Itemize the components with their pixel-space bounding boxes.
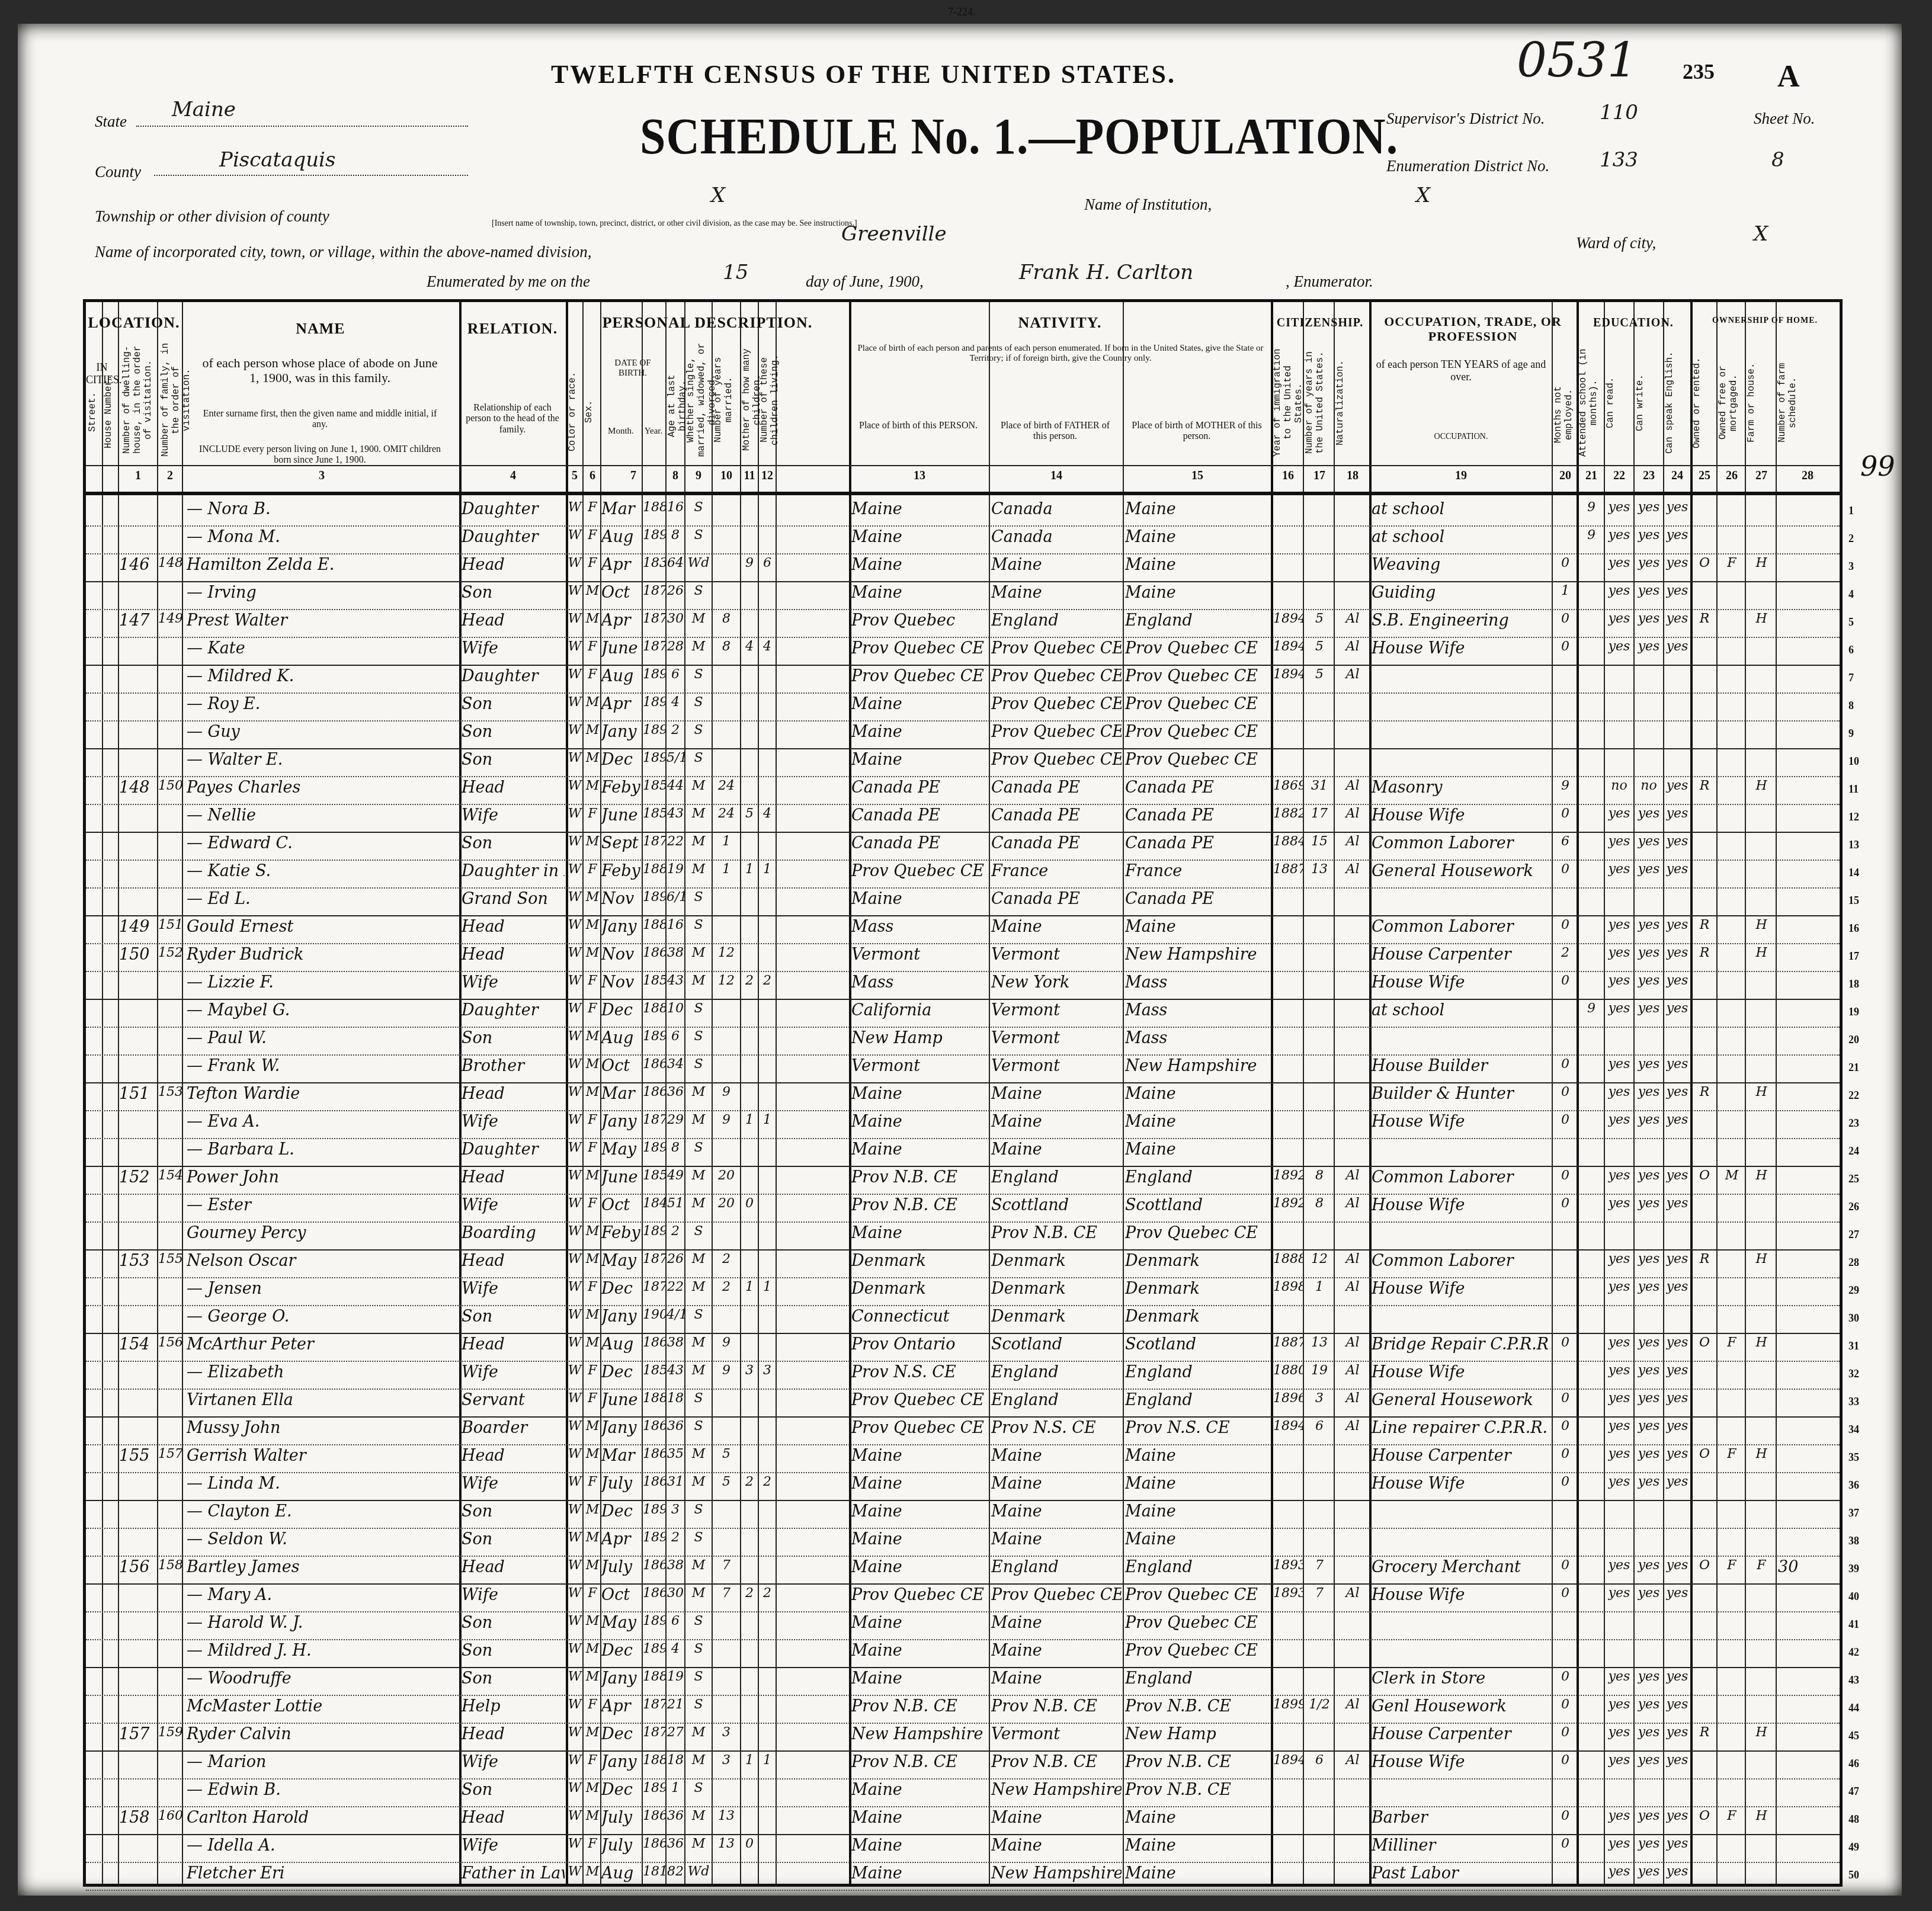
cell-color: W: [567, 1669, 582, 1684]
cell-name: Virtanen Ella: [187, 1391, 457, 1409]
cell-bm: Denmark: [1125, 1280, 1270, 1298]
cell-fm: F: [1719, 1447, 1745, 1461]
cell-name: — Kate: [187, 639, 457, 658]
cell-rd: yes: [1605, 583, 1633, 598]
header-month: Month.: [600, 427, 642, 437]
cell-year: 1865: [643, 1447, 665, 1461]
cell-wr: yes: [1635, 1085, 1663, 1099]
cell-sp: yes: [1664, 806, 1690, 821]
cell-bp: Prov Ontario: [851, 1335, 988, 1354]
cell-bf: Maine: [991, 1140, 1122, 1159]
cell-bf: Maine: [991, 556, 1122, 574]
cell-sp: yes: [1664, 945, 1690, 960]
cell-unemp: 0: [1554, 1057, 1577, 1072]
cell-rel: Head: [462, 778, 565, 797]
cell-year: 1881: [643, 1669, 665, 1684]
cell-bm: Mass: [1125, 973, 1270, 992]
cell-wr: yes: [1635, 583, 1663, 598]
cell-year: 1863: [643, 1809, 665, 1823]
cell-year: 1884: [643, 918, 665, 932]
table-row: — Linda M.WifeWFJuly186831M522MaineMaine…: [86, 1472, 1840, 1500]
cell-sex: F: [585, 639, 600, 654]
cell-color: W: [567, 1586, 582, 1601]
cell-ms: M: [685, 1168, 712, 1183]
header-relation-desc: Relationship of each person to the head …: [465, 403, 560, 435]
cell-bm: Mass: [1125, 1001, 1270, 1019]
cell-sp: yes: [1664, 1001, 1690, 1016]
cell-nat: Al: [1336, 1363, 1369, 1378]
cell-sex: F: [585, 1697, 600, 1712]
cell-color: W: [567, 1753, 582, 1768]
table-row: 147149Prest WalterHeadWMApr187030M8Prov …: [86, 609, 1840, 637]
cell-year: 1848: [643, 1196, 665, 1211]
cell-color: W: [567, 1363, 582, 1378]
cell-nat: Al: [1336, 1586, 1369, 1601]
cell-month: July: [601, 1474, 642, 1493]
cell-color: W: [567, 1307, 582, 1322]
cell-bp: Prov Quebec CE: [851, 862, 988, 880]
cell-age: 10: [667, 1001, 684, 1016]
cell-bp: Maine: [851, 1085, 988, 1103]
cell-color: W: [567, 862, 582, 877]
cell-name: — Barbara L.: [187, 1140, 457, 1159]
cell-unemp: 0: [1554, 918, 1577, 932]
cell-month: Mar: [601, 500, 642, 518]
column-number: 4: [462, 469, 565, 483]
cell-age: 2: [667, 1224, 684, 1239]
cell-imm: 1880: [1273, 1363, 1303, 1378]
cell-sp: yes: [1664, 1085, 1690, 1099]
cell-bf: Prov Quebec CE: [991, 695, 1122, 713]
cell-rel: Son: [462, 1502, 565, 1521]
vheader-color: Color or race.: [567, 361, 581, 462]
cell-age: 38: [667, 1558, 684, 1573]
cell-bm: Maine: [1125, 1864, 1270, 1883]
cell-wr: yes: [1635, 1057, 1663, 1072]
cell-wr: no: [1635, 778, 1663, 793]
cell-rel: Head: [462, 556, 565, 574]
cell-sch: 9: [1579, 500, 1604, 515]
cell-bp: Maine: [851, 1140, 988, 1159]
cell-rel: Son: [462, 1307, 565, 1326]
cell-liv: 1: [759, 1280, 776, 1294]
cell-own: R: [1693, 918, 1716, 932]
cell-unemp: 1: [1554, 583, 1577, 598]
cell-name: — Frank W.: [187, 1057, 457, 1075]
cell-wr: yes: [1635, 1809, 1663, 1823]
cell-ym: 3: [713, 1753, 740, 1768]
cell-dw: 154: [119, 1335, 157, 1354]
cell-bp: Maine: [851, 1641, 988, 1660]
cell-bf: Denmark: [991, 1252, 1122, 1270]
cell-sex: M: [585, 1558, 600, 1573]
cell-color: W: [567, 1809, 582, 1823]
cell-age: 82: [667, 1864, 684, 1879]
line-number: 37: [1848, 1507, 1859, 1519]
cell-month: Dec: [601, 1001, 642, 1019]
cell-rel: Boarding: [462, 1224, 565, 1242]
cell-rel: Head: [462, 611, 565, 630]
cell-color: W: [567, 1335, 582, 1350]
cell-sp: yes: [1664, 500, 1690, 515]
column-number: 22: [1605, 469, 1633, 483]
column-number: 10: [713, 469, 740, 483]
table-row: — Mildred J. H.SonWMDec18954SMaineMaineP…: [86, 1639, 1840, 1667]
vheader-owned: Owned or rented.: [1691, 344, 1715, 462]
cell-name: — Mona M.: [187, 528, 457, 546]
cell-color: W: [567, 1781, 582, 1795]
cell-fam: 156: [158, 1335, 182, 1350]
cell-sp: yes: [1664, 1725, 1690, 1740]
cell-bm: Canada PE: [1125, 890, 1270, 908]
cell-bm: Maine: [1125, 1809, 1270, 1827]
cell-bm: Canada PE: [1125, 834, 1270, 852]
vheader-sex: Sex.: [584, 361, 598, 462]
cell-year: 1863: [643, 1836, 665, 1851]
cell-bp: New Hamp: [851, 1029, 988, 1047]
cell-fh: H: [1747, 556, 1776, 570]
cell-name: Nelson Oscar: [187, 1252, 457, 1270]
cell-sex: M: [585, 751, 600, 765]
header-education: EDUCATION.: [1577, 316, 1690, 330]
cell-month: Jany: [601, 1669, 642, 1688]
cell-sp: yes: [1664, 1168, 1690, 1183]
cell-unemp: 0: [1554, 556, 1577, 570]
cell-color: W: [567, 778, 582, 793]
cell-rd: yes: [1605, 1836, 1633, 1851]
cell-bf: Maine: [991, 1641, 1122, 1660]
cell-age: 6: [667, 1029, 684, 1044]
cell-ms: S: [685, 1614, 712, 1628]
cell-fh: H: [1747, 1725, 1776, 1740]
cell-age: 44: [667, 778, 684, 793]
cell-rel: Head: [462, 1725, 565, 1743]
cell-ym: 7: [713, 1586, 740, 1601]
township-label: Township or other division of county: [95, 207, 329, 226]
cell-rel: Son: [462, 1781, 565, 1799]
vheader-dwelling: Number of dwelling-house, in the order o…: [121, 338, 155, 462]
cell-age: 43: [667, 806, 684, 821]
cell-ms: S: [685, 1781, 712, 1795]
cell-nat: Al: [1336, 1280, 1369, 1294]
cell-bf: Maine: [991, 1112, 1122, 1131]
table-row: — NellieWifeWFJune185643M2454Canada PECa…: [86, 804, 1840, 832]
cell-imm: 1869: [1273, 778, 1303, 793]
cell-bf: Prov N.S. CE: [991, 1419, 1122, 1437]
cell-bp: California: [851, 1001, 988, 1019]
cell-ms: S: [685, 1669, 712, 1684]
cell-bp: Canada PE: [851, 778, 988, 797]
cell-color: W: [567, 1280, 582, 1294]
line-number: 17: [1848, 950, 1859, 963]
cell-year: 1861: [643, 1558, 665, 1573]
cell-sex: F: [585, 1280, 600, 1294]
cell-color: W: [567, 1725, 582, 1740]
cell-fam: 158: [158, 1558, 182, 1573]
cell-liv: 2: [759, 1474, 776, 1489]
cell-rd: yes: [1605, 1001, 1633, 1016]
cell-ms: S: [685, 1419, 712, 1434]
cell-fam: 151: [158, 918, 182, 932]
cell-month: Nov: [601, 890, 642, 908]
cell-rd: yes: [1605, 1753, 1633, 1768]
cell-color: W: [567, 1252, 582, 1266]
cell-occ: Common Laborer: [1372, 1252, 1550, 1270]
cell-yus: 13: [1305, 862, 1334, 877]
cell-sex: M: [585, 1669, 600, 1684]
table-row: — Edward C.SonWMSept187722M1Canada PECan…: [86, 832, 1840, 860]
cell-bm: Maine: [1125, 583, 1270, 602]
table-row: — George O.SonWMJany19004/12SConnecticut…: [86, 1305, 1840, 1333]
cell-bm: Canada PE: [1125, 806, 1270, 825]
cell-sex: M: [585, 1307, 600, 1322]
cell-sex: M: [585, 1447, 600, 1461]
cell-own: O: [1693, 1447, 1716, 1461]
cell-bf: France: [991, 862, 1122, 880]
line-number: 36: [1848, 1479, 1859, 1492]
cell-liv: 1: [759, 862, 776, 877]
line-number: 1: [1848, 505, 1854, 517]
cell-age: 27: [667, 1725, 684, 1740]
table-row: 154156McArthur PeterHeadWMAug186138M9Pro…: [86, 1333, 1840, 1361]
cell-occ: at school: [1372, 500, 1550, 518]
cell-bm: Prov N.B. CE: [1125, 1781, 1270, 1799]
cell-color: W: [567, 973, 582, 988]
cell-bp: Maine: [851, 751, 988, 769]
cell-mo: 9: [741, 556, 758, 570]
cell-bm: Prov Quebec CE: [1125, 695, 1270, 713]
cell-bf: Maine: [991, 1502, 1122, 1521]
cell-age: 36: [667, 1836, 684, 1851]
cell-rel: Son: [462, 1530, 565, 1548]
enumeration-value: 133: [1600, 148, 1638, 172]
cell-ym: 2: [713, 1280, 740, 1294]
cell-occ: Common Laborer: [1372, 834, 1550, 852]
cell-bf: England: [991, 1168, 1122, 1187]
cell-age: 16: [667, 918, 684, 932]
cell-sex: F: [585, 1112, 600, 1127]
cell-color: W: [567, 1168, 582, 1183]
cell-age: 22: [667, 1280, 684, 1294]
cell-sex: M: [585, 834, 600, 849]
cell-nat: Al: [1336, 1419, 1369, 1434]
cell-sp: yes: [1664, 1391, 1690, 1406]
cell-occ: Common Laborer: [1372, 918, 1550, 936]
table-row: 158160Carlton HaroldHeadWMJuly186336M13M…: [86, 1806, 1840, 1834]
cell-color: W: [567, 1474, 582, 1489]
line-number: 18: [1848, 978, 1859, 990]
cell-rel: Head: [462, 918, 565, 936]
cell-fam: 149: [158, 611, 182, 626]
cell-rd: yes: [1605, 834, 1633, 849]
cell-rel: Son: [462, 834, 565, 852]
cell-nat: Al: [1336, 834, 1369, 849]
cell-year: 1881: [643, 1391, 665, 1406]
cell-occ: Masonry: [1372, 778, 1550, 797]
cell-month: Dec: [601, 1280, 642, 1298]
cell-ms: S: [685, 918, 712, 932]
cell-yus: 5: [1305, 639, 1334, 654]
cell-sp: yes: [1664, 1419, 1690, 1434]
cell-month: Oct: [601, 583, 642, 602]
cell-bf: England: [991, 1391, 1122, 1409]
cell-sp: yes: [1664, 1280, 1690, 1294]
cell-rd: yes: [1605, 1391, 1633, 1406]
cell-wr: yes: [1635, 1447, 1663, 1461]
cell-bf: Vermont: [991, 945, 1122, 964]
cell-year: 1895: [643, 1641, 665, 1656]
cell-bm: England: [1125, 1391, 1270, 1409]
cell-name: — Marion: [187, 1753, 457, 1771]
cell-dw: 158: [119, 1809, 157, 1827]
cell-color: W: [567, 945, 582, 960]
sheet-label: Sheet No.: [1754, 110, 1815, 128]
cell-sex: M: [585, 583, 600, 598]
table-row: — ElizabethWifeWFDec185643M933Prov N.S. …: [86, 1361, 1840, 1389]
cell-month: Jany: [601, 918, 642, 936]
cell-wr: yes: [1635, 1558, 1663, 1573]
cell-unemp: 0: [1554, 1196, 1577, 1211]
cell-sp: yes: [1664, 1363, 1690, 1378]
cell-ms: M: [685, 862, 712, 877]
cell-name: Ryder Budrick: [187, 945, 457, 964]
vheader-free: Owned free or mortgaged.: [1718, 344, 1744, 462]
cell-bf: Canada PE: [991, 834, 1122, 852]
line-number: 34: [1848, 1423, 1859, 1436]
line-number: 30: [1848, 1312, 1859, 1325]
cell-bp: New Hampshire: [851, 1725, 988, 1743]
cell-bp: Maine: [851, 583, 988, 602]
population-table: LOCATION. IN CITIES. NAME of each person…: [83, 299, 1843, 1887]
cell-imm: 1894: [1273, 639, 1303, 654]
cell-rel: Wife: [462, 806, 565, 825]
cell-wr: yes: [1635, 528, 1663, 543]
cell-ms: S: [685, 1697, 712, 1712]
cell-month: Mar: [601, 1085, 642, 1103]
cell-own: R: [1693, 778, 1716, 793]
cell-name: Gerrish Walter: [187, 1447, 457, 1465]
cell-year: 1836: [643, 556, 665, 570]
cell-sp: yes: [1664, 1836, 1690, 1851]
cell-bm: Prov Quebec CE: [1125, 667, 1270, 685]
cell-color: W: [567, 890, 582, 905]
cell-bp: Prov Quebec CE: [851, 667, 988, 685]
cell-bf: Canada: [991, 528, 1122, 546]
cell-liv: 4: [759, 806, 776, 821]
cell-bp: Maine: [851, 695, 988, 713]
cell-unemp: 0: [1554, 1836, 1577, 1851]
cell-unemp: 0: [1554, 1112, 1577, 1127]
cell-bm: Maine: [1125, 1112, 1270, 1131]
cell-name: — Ed L.: [187, 890, 457, 908]
cell-nat: Al: [1336, 1697, 1369, 1712]
cell-rel: Son: [462, 751, 565, 769]
cell-ym: 9: [713, 1112, 740, 1127]
cell-rel: Wife: [462, 1753, 565, 1771]
cell-color: W: [567, 1530, 582, 1545]
cell-bf: Vermont: [991, 1001, 1122, 1019]
cell-sex: M: [585, 1530, 600, 1545]
cell-rel: Wife: [462, 1474, 565, 1493]
cell-ms: M: [685, 806, 712, 821]
vheader-months-unemployed: Months not employed.: [1553, 367, 1575, 462]
cell-fm: M: [1719, 1168, 1745, 1183]
cell-month: Nov: [601, 945, 642, 964]
cell-name: — Maybel G.: [187, 1001, 457, 1019]
vheader-street: Street.: [87, 361, 101, 462]
cell-bm: Prov Quebec CE: [1125, 1224, 1270, 1242]
cell-sex: F: [585, 1391, 600, 1406]
line-number: 23: [1848, 1117, 1859, 1130]
cell-bm: Canada PE: [1125, 778, 1270, 797]
cell-sex: M: [585, 1419, 600, 1434]
cell-rd: yes: [1605, 500, 1633, 515]
cell-wr: yes: [1635, 1280, 1663, 1294]
column-number: 17: [1305, 469, 1334, 483]
cell-age: 43: [667, 973, 684, 988]
cell-age: 36: [667, 1809, 684, 1823]
cell-age: 6/12: [667, 890, 684, 905]
vheader-house: House Number.: [103, 361, 117, 462]
cell-rel: Wife: [462, 1586, 565, 1604]
cell-name: Payes Charles: [187, 778, 457, 797]
table-row: — Katie S.Daughter in LawWFFeby188119M11…: [86, 860, 1840, 887]
cell-bm: Prov N.S. CE: [1125, 1419, 1270, 1437]
cell-rd: yes: [1605, 1809, 1633, 1823]
cell-month: Apr: [601, 695, 642, 713]
cell-bf: Prov Quebec CE: [991, 723, 1122, 741]
cell-rd: yes: [1605, 1363, 1633, 1378]
cell-year: 1871: [643, 639, 665, 654]
line-number: 48: [1848, 1813, 1859, 1826]
cell-wr: yes: [1635, 1836, 1663, 1851]
cell-unemp: 6: [1554, 834, 1577, 849]
cell-month: Sept: [601, 834, 642, 852]
cell-ms: M: [685, 1196, 712, 1211]
header-occupation: OCCUPATION, TRADE, OR PROFESSION: [1369, 314, 1577, 344]
cell-yus: 13: [1305, 1335, 1334, 1350]
cell-ms: M: [685, 1558, 712, 1573]
cell-bp: Maine: [851, 1669, 988, 1688]
city-value: Greenville: [841, 222, 947, 246]
cell-yus: 7: [1305, 1586, 1334, 1601]
cell-year: 1899: [643, 890, 665, 905]
cell-color: W: [567, 1419, 582, 1434]
cell-color: W: [567, 1836, 582, 1851]
table-row: — Roy E.SonWMApr18964SMaineProv Quebec C…: [86, 692, 1840, 720]
cell-nat: Al: [1336, 1168, 1369, 1183]
cell-sex: M: [585, 723, 600, 738]
cell-occ: S.B. Engineering: [1372, 611, 1550, 630]
cell-year: 1874: [643, 1252, 665, 1266]
margin-note: 99: [1860, 450, 1895, 482]
cell-wr: yes: [1635, 1252, 1663, 1266]
cell-unemp: 0: [1554, 1335, 1577, 1350]
cell-unemp: 0: [1554, 639, 1577, 654]
cell-rel: Son: [462, 583, 565, 602]
table-row: 149151Gould ErnestHeadWMJany188416SMassM…: [86, 915, 1840, 943]
cell-sex: M: [585, 1725, 600, 1740]
cell-imm: 1899: [1273, 1697, 1303, 1712]
cell-rel: Head: [462, 1809, 565, 1827]
cell-bp: Maine: [851, 1530, 988, 1548]
cell-sp: yes: [1664, 1057, 1690, 1072]
cell-bm: Maine: [1125, 1447, 1270, 1465]
cell-fam: 159: [158, 1725, 182, 1740]
vheader-naturalization: Naturalization.: [1335, 344, 1368, 462]
cell-unemp: 0: [1554, 1085, 1577, 1099]
cell-unemp: 0: [1554, 1168, 1577, 1183]
